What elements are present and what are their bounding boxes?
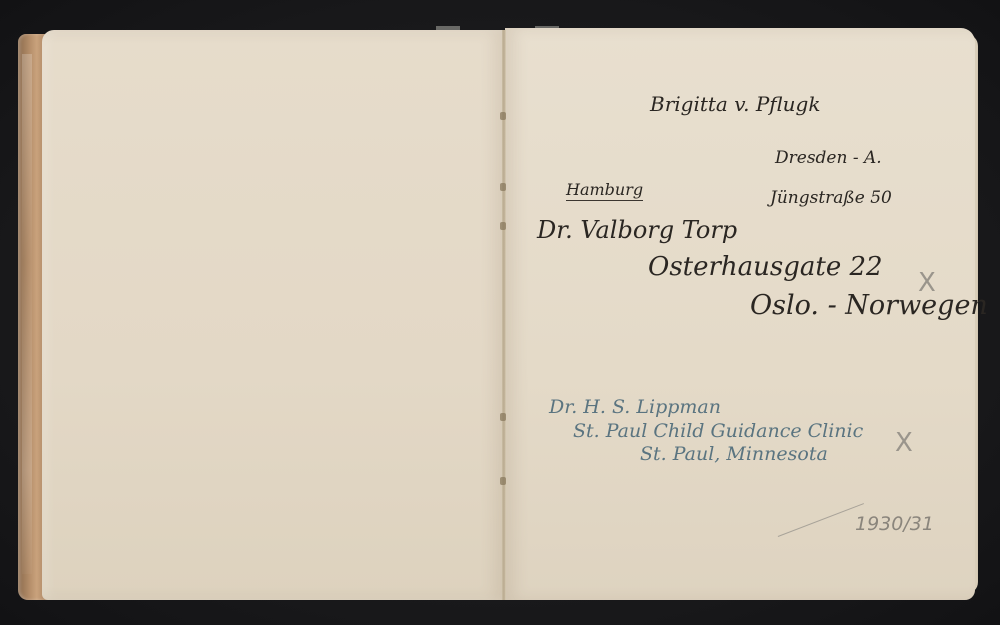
left-page <box>42 30 504 600</box>
binding-stitch <box>500 477 506 485</box>
handwritten-city-dresden: Dresden - A. <box>775 148 882 168</box>
handwritten-city-oslo: Oslo. - Norwegen <box>750 290 988 321</box>
binding-stitch <box>500 112 506 120</box>
handwritten-hamburg-note: Hamburg <box>566 180 643 201</box>
x-mark: X <box>895 428 913 458</box>
binding-stitch <box>500 222 506 230</box>
binding-stitch <box>500 413 506 421</box>
handwritten-name-pflugk: Brigitta v. Pflugk <box>650 92 820 116</box>
pencil-date-note: 1930/31 <box>855 513 934 535</box>
handwritten-city-stpaul: St. Paul, Minnesota <box>640 443 828 465</box>
handwritten-clinic: St. Paul Child Guidance Clinic <box>573 420 863 442</box>
binding-stitch <box>500 183 506 191</box>
handwritten-name-lippman: Dr. H. S. Lippman <box>549 396 721 418</box>
x-mark: X <box>918 268 936 298</box>
handwritten-name-torp: Dr. Valborg Torp <box>537 216 737 244</box>
handwritten-street-pflugk: Jüngstraße 50 <box>770 188 892 208</box>
handwritten-street-torp: Osterhausgate 22 <box>648 252 883 282</box>
